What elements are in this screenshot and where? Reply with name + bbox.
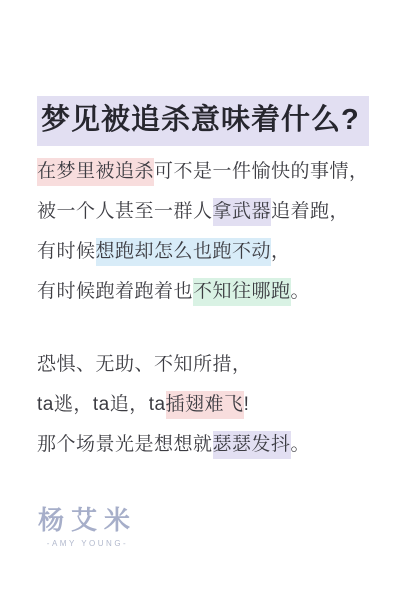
paragraph-1: 在梦里被追杀可不是一件愉快的事情，	[37, 160, 387, 183]
paragraph-7: 那个场景光是想想就瑟瑟发抖。	[37, 433, 387, 456]
note-card: 梦见被追杀意味着什么? 在梦里被追杀可不是一件愉快的事情， 被一个人甚至一群人拿…	[0, 0, 417, 600]
plain-text: 。	[291, 434, 311, 455]
plain-text: 有时候	[37, 241, 96, 262]
plain-text: 那个场景光是想想就	[37, 434, 213, 455]
title-highlight: 梦见被追杀意味着什么?	[37, 96, 369, 146]
highlighted-text: 想跑却怎么也跑不动	[96, 238, 272, 266]
highlighted-text: 在梦里被追杀	[37, 158, 154, 186]
highlighted-text: 插翅难飞	[166, 391, 244, 419]
note-content: 梦见被追杀意味着什么? 在梦里被追杀可不是一件愉快的事情， 被一个人甚至一群人拿…	[37, 96, 387, 473]
brand-logo: 杨艾米 -AMY YOUNG-	[38, 505, 137, 548]
brand-logo-english: -AMY YOUNG-	[38, 539, 137, 548]
plain-text: ，	[271, 241, 291, 262]
paragraph-5: 恐惧、无助、不知所措，	[37, 353, 387, 376]
plain-text: 追着跑，	[271, 201, 349, 222]
plain-text: !	[244, 394, 250, 415]
plain-text: 。	[291, 281, 311, 302]
plain-text: 有时候跑着跑着也	[37, 281, 193, 302]
plain-text: 可不是一件愉快的事情，	[154, 161, 369, 182]
page-title: 梦见被追杀意味着什么?	[37, 96, 387, 146]
highlighted-text: 拿武器	[213, 198, 272, 226]
highlighted-text: 不知往哪跑	[193, 278, 291, 306]
plain-text: ta逃，ta追，ta	[37, 394, 166, 415]
paragraph-4: 有时候跑着跑着也不知往哪跑。	[37, 280, 387, 303]
paragraph-3: 有时候想跑却怎么也跑不动，	[37, 240, 387, 263]
paragraph-2: 被一个人甚至一群人拿武器追着跑，	[37, 200, 387, 223]
plain-text: 恐惧、无助、不知所措，	[37, 354, 252, 375]
paragraph-6: ta逃，ta追，ta插翅难飞!	[37, 393, 387, 416]
plain-text: 被一个人甚至一群人	[37, 201, 213, 222]
brand-logo-chinese: 杨艾米	[38, 505, 137, 536]
highlighted-text: 瑟瑟发抖	[213, 431, 291, 459]
